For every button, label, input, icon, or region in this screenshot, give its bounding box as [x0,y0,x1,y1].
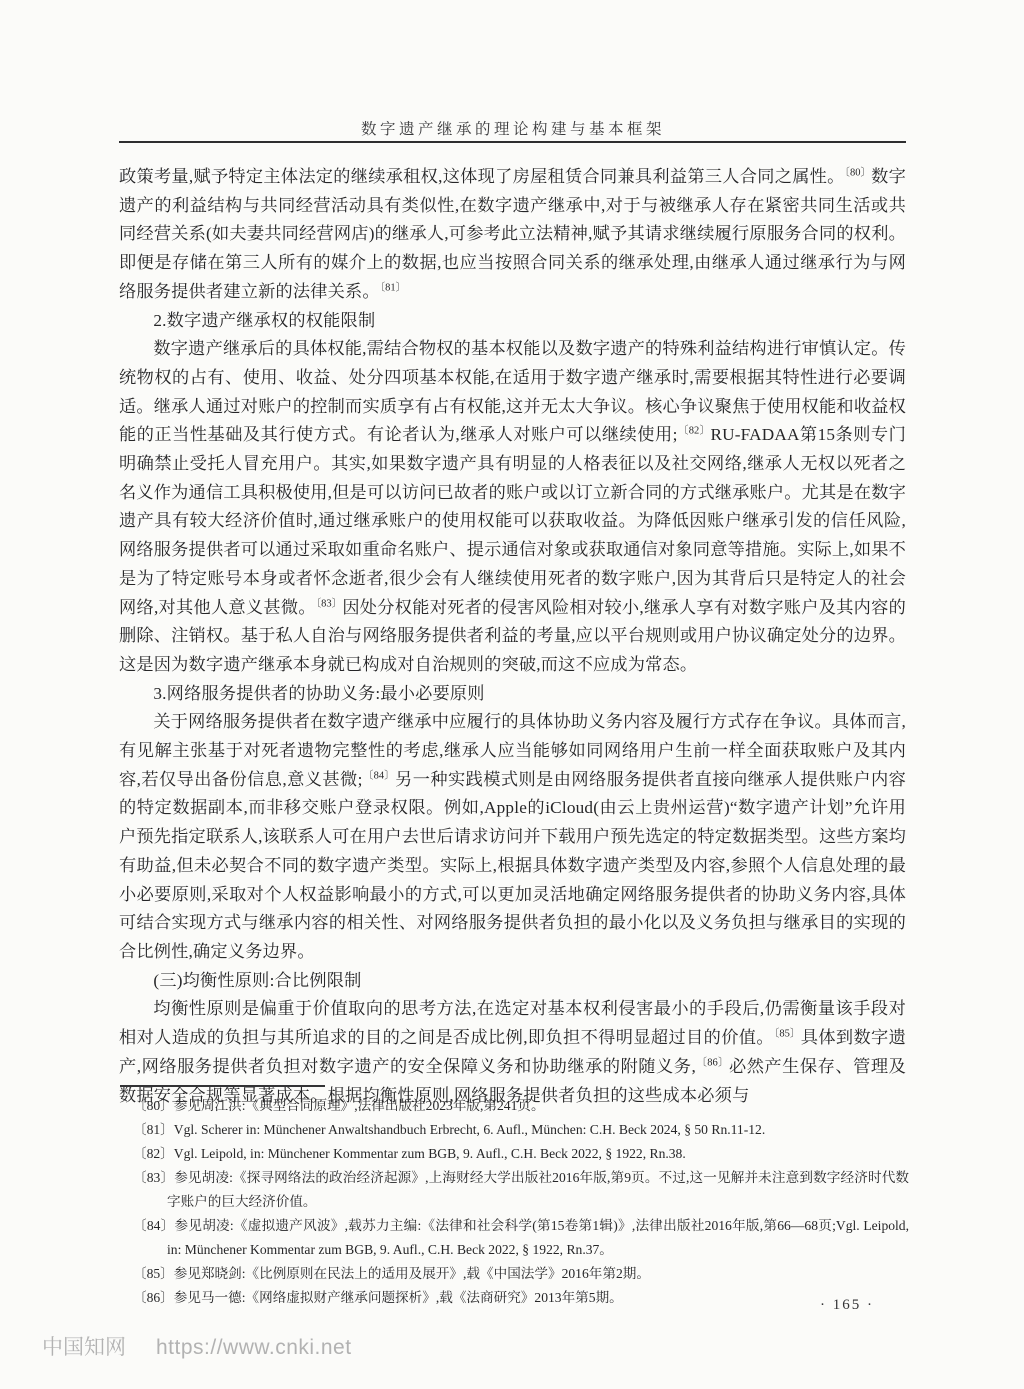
body-paragraph: 均衡性原则是偏重于价值取向的思考方法,在选定对基本权利侵害最小的手段后,仍需衡量… [119,995,906,1110]
footnote-ref: 〔86〕 [696,1057,729,1068]
body-text-run: 政策考量,赋予特定主体法定的继续承租权,这体现了房屋租赁合同兼具利益第三人合同之… [119,167,845,186]
footnote-ref: 〔81〕 [380,282,406,293]
body-paragraph: 政策考量,赋予特定主体法定的继续承租权,这体现了房屋租赁合同兼具利益第三人合同之… [119,163,906,307]
body-paragraph: 关于网络服务提供者在数字遗产继承中应履行的具体协助义务内容及履行方式存在争议。具… [119,708,906,966]
footnote-marker: 〔85〕 [133,1266,174,1281]
footnote-ref: 〔83〕 [316,598,343,609]
paper-page: 数字遗产继承的理论构建与基本框架 政策考量,赋予特定主体法定的继续承租权,这体现… [0,0,1024,1389]
footnote-marker: 〔81〕 [133,1122,174,1137]
cnki-watermark: 中国知网 https://www.cnki.net [42,1331,352,1361]
body-paragraph: 数字遗产继承后的具体权能,需结合物权的基本权能以及数字遗产的特殊利益结构进行审慎… [119,335,906,679]
page-number: · 165 · [820,1297,874,1314]
footnote-item: 〔86〕参见马一德:《网络虚拟财产继承问题探析》,载《法商研究》2013年第5期… [119,1286,909,1310]
body-text-run: RU-FADAA第15条则专门明确禁止受托人冒充用户。其实,如果数字遗产具有明显… [119,425,906,616]
footnote-marker: 〔84〕 [133,1218,175,1233]
footnote-text: 参见胡凌:《虚拟遗产风波》,载苏力主编:《法律和社会科学(第15卷第1辑)》,法… [167,1218,909,1257]
footnote-item: 〔83〕参见胡凌:《探寻网络法的政治经济起源》,上海财经大学出版社2016年版,… [119,1166,909,1214]
footnote-text: 参见周江洪:《典型合同原理》,法律出版社2023年版,第241页。 [174,1098,545,1113]
footnote-text: Vgl. Leipold, in: Münchener Kommentar zu… [174,1146,686,1161]
body-text-run: 数字遗产的利益结构与共同经营活动具有类似性,在数字遗产继承中,对于与被继承人存在… [119,167,906,301]
footnote-ref: 〔85〕 [774,1028,801,1039]
footnote-marker: 〔82〕 [133,1146,174,1161]
section-heading: 3.网络服务提供者的协助义务:最小必要原则 [119,680,906,709]
footnote-text: 参见马一德:《网络虚拟财产继承问题探析》,载《法商研究》2013年第5期。 [174,1290,623,1305]
footnote-item: 〔80〕参见周江洪:《典型合同原理》,法律出版社2023年版,第241页。 [119,1094,909,1118]
footnote-item: 〔82〕Vgl. Leipold, in: Münchener Kommenta… [119,1142,909,1166]
body-text-run: 2.数字遗产继承权的权能限制 [153,311,375,330]
cnki-url: https://www.cnki.net [156,1336,352,1360]
section-heading: (三)均衡性原则:合比例限制 [119,967,906,996]
footnote-marker: 〔86〕 [133,1290,174,1305]
section-heading: 2.数字遗产继承权的权能限制 [119,307,906,336]
footnote-item: 〔81〕Vgl. Scherer in: Münchener Anwaltsha… [119,1118,909,1142]
body-text-run: 3.网络服务提供者的协助义务:最小必要原则 [153,684,484,703]
footnote-marker: 〔80〕 [133,1098,174,1113]
body-text-run: (三)均衡性原则:合比例限制 [153,971,361,990]
footnote-marker: 〔83〕 [133,1170,174,1185]
footnote-text: Vgl. Scherer in: Münchener Anwaltshandbu… [174,1122,765,1137]
footnote-separator-rule [120,1085,325,1087]
footnote-item: 〔85〕参见郑晓剑:《比例原则在民法上的适用及展开》,载《中国法学》2016年第… [119,1262,909,1286]
footnotes-section: 〔80〕参见周江洪:《典型合同原理》,法律出版社2023年版,第241页。〔81… [119,1094,909,1310]
body-text-run: 另一种实践模式则是由网络服务提供者直接向继承人提供账户内容的特定数据副本,而非移… [119,770,906,961]
cnki-logo-text: 中国知网 [42,1331,126,1361]
footnote-text: 参见郑晓剑:《比例原则在民法上的适用及展开》,载《中国法学》2016年第2期。 [174,1266,650,1281]
footnote-item: 〔84〕参见胡凌:《虚拟遗产风波》,载苏力主编:《法律和社会科学(第15卷第1辑… [119,1214,909,1262]
footnote-ref: 〔82〕 [678,426,711,437]
body-text-run: 均衡性原则是偏重于价值取向的思考方法,在选定对基本权利侵害最小的手段后,仍需衡量… [119,999,906,1047]
body-text: 政策考量,赋予特定主体法定的继续承租权,这体现了房屋租赁合同兼具利益第三人合同之… [119,163,906,1110]
footnote-ref: 〔80〕 [845,167,872,178]
running-head-title: 数字遗产继承的理论构建与基本框架 [120,117,906,139]
header-rule [119,141,906,143]
footnote-ref: 〔84〕 [363,770,395,781]
footnote-text: 参见胡凌:《探寻网络法的政治经济起源》,上海财经大学出版社2016年版,第9页。… [167,1170,909,1209]
